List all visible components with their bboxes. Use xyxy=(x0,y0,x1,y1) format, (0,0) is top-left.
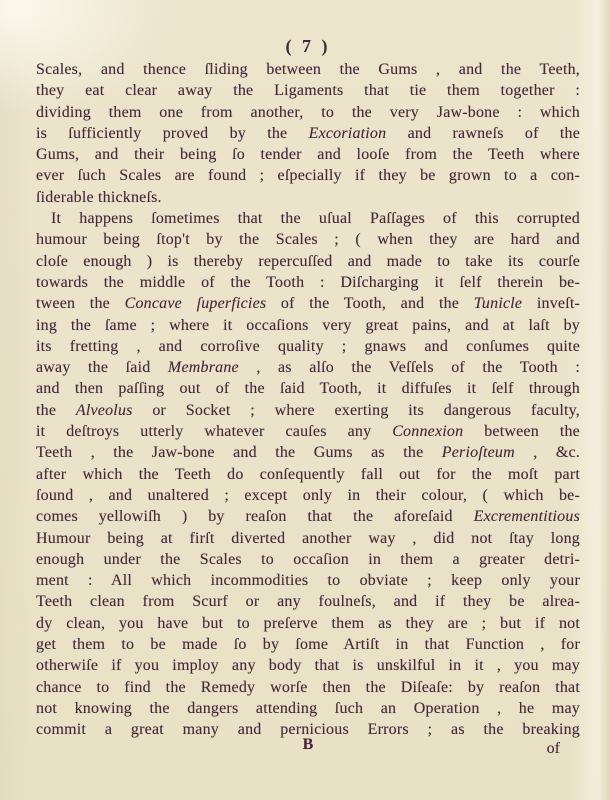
text-line: humour being ſtop't by the Scales ; ( wh… xyxy=(36,229,580,250)
text-line: Teeth , the Jaw-bone and the Gums as the… xyxy=(36,442,580,463)
paragraph: It happens ſometimes that the uſual Paſſ… xyxy=(36,208,580,740)
body-text: is ſufficiently proved by the xyxy=(36,125,309,142)
text-line: towards the middle of the Tooth : Diſcha… xyxy=(36,272,580,293)
text-line: comes yellowiſh ) by reaſon that the afo… xyxy=(36,506,580,527)
body-text: comes yellowiſh ) by reaſon that the afo… xyxy=(36,508,474,525)
body-text: get them to be made ſo by ſome Artiſt in… xyxy=(36,636,580,653)
text-line: after which the Teeth do conſequently fa… xyxy=(36,464,580,485)
text-line: ing the ſame ; where it occaſions very g… xyxy=(36,315,580,336)
body-text: chance to find the Remedy worſe then the… xyxy=(36,679,580,696)
text-line: Teeth clean from Scurf or any foulneſs, … xyxy=(36,591,580,612)
body-text: after which the Teeth do conſequently fa… xyxy=(36,466,580,483)
body-text: its fretting , and corroſive quality ; g… xyxy=(36,338,580,355)
body-text: Gums, and their being ſo tender and looſ… xyxy=(36,146,580,163)
text-line: dy clean, you have but to preſerve them … xyxy=(36,613,580,634)
body-text: of the Tooth, and the xyxy=(266,295,473,312)
body-text: cloſe enough ) is thereby repercuſſed an… xyxy=(36,253,580,270)
italic-text: Perioſteum xyxy=(442,444,515,461)
body-text: Teeth clean from Scurf or any foulneſs, … xyxy=(36,593,580,610)
text-line: ever ſuch Scales are found ; eſpecially … xyxy=(36,165,580,186)
body-text: enough under the Scales to occaſion in t… xyxy=(36,551,580,568)
body-text: away the ſaid xyxy=(36,359,168,376)
text-line: ment : All which incommodities to obviat… xyxy=(36,570,580,591)
signature-mark: B xyxy=(36,736,580,754)
body-text: , as alſo the Veſſels of the Tooth : xyxy=(239,359,580,376)
text-line: its fretting , and corroſive quality ; g… xyxy=(36,336,580,357)
book-page: ( 7 ) Scales, and thence ſliding between… xyxy=(0,0,610,800)
text-line: otherwiſe if you imploy any body that is… xyxy=(36,655,580,676)
page-number: ( 7 ) xyxy=(36,36,580,57)
body-text: ment : All which incommodities to obviat… xyxy=(36,572,580,589)
text-line: they eat clear away the Ligaments that t… xyxy=(36,80,580,101)
body-text: dividing them one from another, to the v… xyxy=(36,104,580,121)
body-text: ſiderable thickneſs. xyxy=(36,189,162,206)
body-text: they eat clear away the Ligaments that t… xyxy=(36,82,580,99)
body-text: towards the middle of the Tooth : Diſcha… xyxy=(36,274,580,291)
text-line: the Alveolus or Socket ; where exerting … xyxy=(36,400,580,421)
body-text: it deſtroys utterly whatever cauſes any xyxy=(36,423,392,440)
paragraph: Scales, and thence ſliding between the G… xyxy=(36,59,580,208)
body-text: or Socket ; where exerting its dangerous… xyxy=(133,402,580,419)
text-line: it deſtroys utterly whatever cauſes any … xyxy=(36,421,580,442)
italic-text: Concave ſuperficies xyxy=(125,295,267,312)
text-line: Gums, and their being ſo tender and looſ… xyxy=(36,144,580,165)
text-line: Humour being at firſt diverted another w… xyxy=(36,528,580,549)
text-line: ſound , and unaltered ; except only in t… xyxy=(36,485,580,506)
text-line: enough under the Scales to occaſion in t… xyxy=(36,549,580,570)
body-text: otherwiſe if you imploy any body that is… xyxy=(36,657,580,674)
body-text: dy clean, you have but to preſerve them … xyxy=(36,615,580,632)
body-text: inveſt- xyxy=(522,295,580,312)
text-line: get them to be made ſo by ſome Artiſt in… xyxy=(36,634,580,655)
italic-text: Connexion xyxy=(392,423,463,440)
text-line: not knowing the dangers attending ſuch a… xyxy=(36,698,580,719)
italic-text: Excoriation xyxy=(309,125,387,142)
body-text: ſound , and unaltered ; except only in t… xyxy=(36,487,580,504)
italic-text: Tunicle xyxy=(474,295,523,312)
text-line: It happens ſometimes that the uſual Paſſ… xyxy=(36,208,580,229)
catchword: of xyxy=(547,740,560,758)
body-text: Humour being at firſt diverted another w… xyxy=(36,530,580,547)
body-text: between the xyxy=(463,423,580,440)
body-text: humour being ſtop't by the Scales ; ( wh… xyxy=(36,231,580,248)
text-line: Scales, and thence ſliding between the G… xyxy=(36,59,580,80)
text-line: ſiderable thickneſs. xyxy=(36,187,580,208)
text-block: Scales, and thence ſliding between the G… xyxy=(36,59,580,741)
body-text: the xyxy=(36,402,76,419)
text-line: and then paſſing out of the ſaid Tooth, … xyxy=(36,378,580,399)
body-text: , &c. xyxy=(515,444,580,461)
italic-text: Membrane xyxy=(168,359,239,376)
text-line: is ſufficiently proved by the Excoriatio… xyxy=(36,123,580,144)
text-line: cloſe enough ) is thereby repercuſſed an… xyxy=(36,251,580,272)
signature-line: B of xyxy=(36,736,580,758)
text-line: chance to find the Remedy worſe then the… xyxy=(36,677,580,698)
body-text: Scales, and thence ſliding between the G… xyxy=(36,61,580,78)
italic-text: Alveolus xyxy=(76,402,133,419)
body-text: tween the xyxy=(36,295,125,312)
italic-text: Excrementitious xyxy=(474,508,580,525)
body-text: and rawneſs of the xyxy=(386,125,580,142)
body-text: ing the ſame ; where it occaſions very g… xyxy=(36,317,580,334)
body-text: It happens ſometimes that the uſual Paſſ… xyxy=(51,210,580,227)
text-line: away the ſaid Membrane , as alſo the Veſ… xyxy=(36,357,580,378)
body-text: and then paſſing out of the ſaid Tooth, … xyxy=(36,380,580,397)
text-line: dividing them one from another, to the v… xyxy=(36,102,580,123)
body-text: ever ſuch Scales are found ; eſpecially … xyxy=(36,167,580,184)
body-text: not knowing the dangers attending ſuch a… xyxy=(36,700,580,717)
body-text: Teeth , the Jaw-bone and the Gums as the xyxy=(36,444,442,461)
text-line: tween the Concave ſuperficies of the Too… xyxy=(36,293,580,314)
